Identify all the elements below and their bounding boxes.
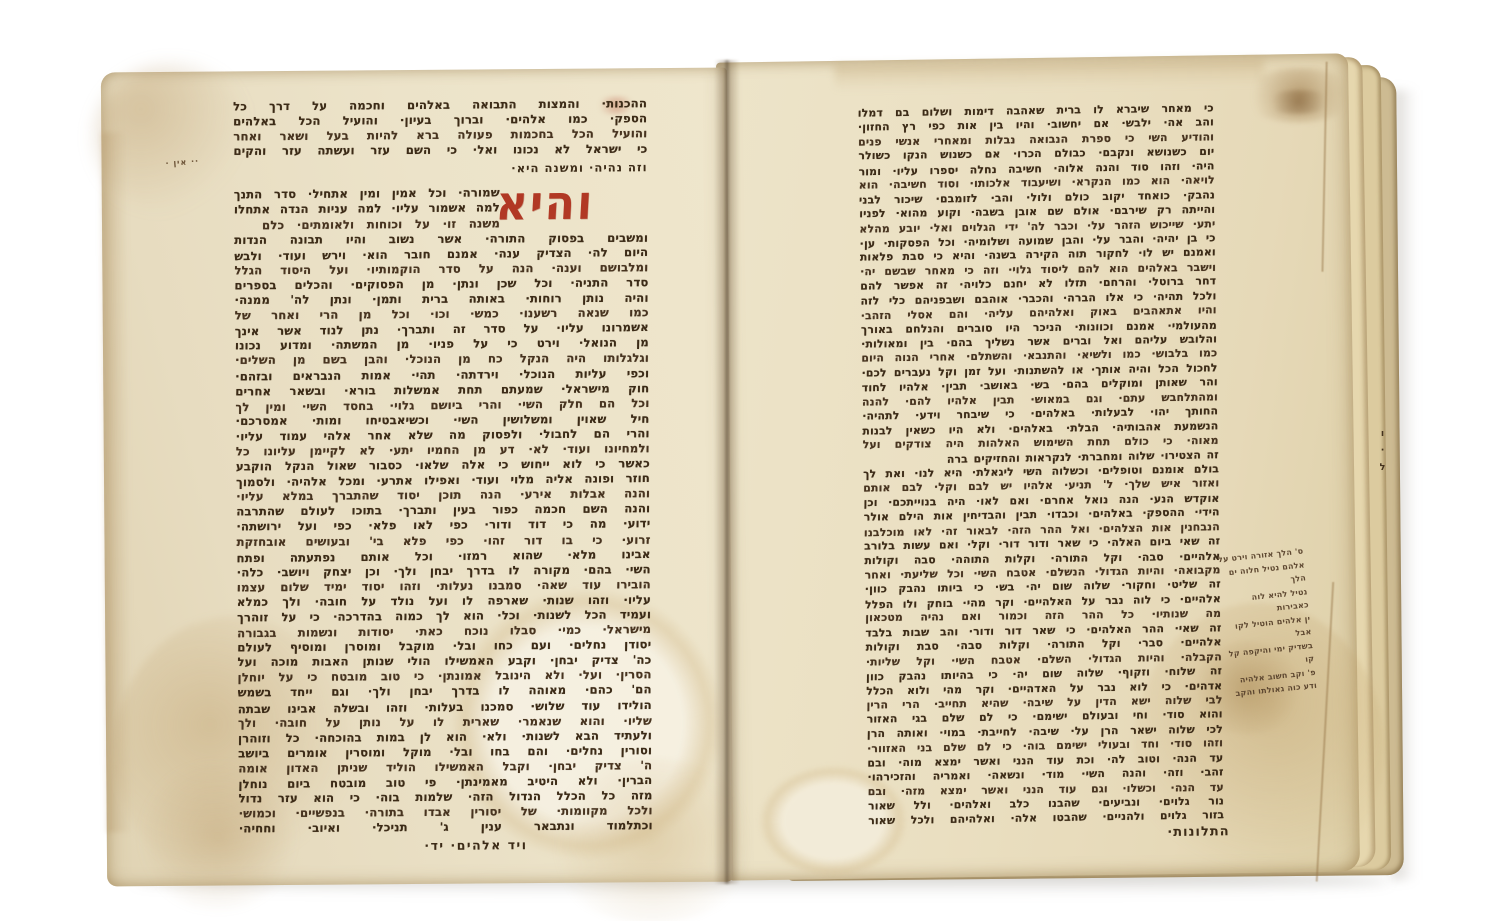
fore-edge-writing: ל·ו: [1377, 428, 1388, 479]
left-page: · אין ·· ההכנות· והמצות התבואה באלהים וח…: [101, 68, 733, 887]
stain-top-corner-dark: [1261, 90, 1335, 115]
left-page-text-column: ההכנות· והמצות התבואה באלהים וחכמה על דר…: [233, 96, 653, 858]
left-intro-paragraph: ההכנות· והמצות התבואה באלהים וחכמה על דר…: [233, 96, 647, 160]
stain-left-edge: [101, 132, 132, 832]
left-margin-note: · אין ··: [165, 157, 199, 169]
left-body-lines: שמורה· וכל אמין ומין אתחיל· סדר התנךלמה …: [234, 185, 653, 837]
right-margin-note: ס' הלך אזורה וירט עלאלהם נטיל חלוה ים הל…: [1215, 545, 1318, 702]
stain-top-left-corner: [93, 63, 254, 214]
text-line: כי ישראל לא נכונו ואל· כי השם עזר ועשתה …: [233, 142, 647, 159]
stain-top-corner: [1240, 67, 1359, 123]
left-body-paragraph: והיא שמורה· וכל אמין ומין אתחיל· סדר התנ…: [234, 185, 653, 837]
manuscript-photo: כי מאחר שיברא לו ברית שאהבה דימות ושלום …: [0, 0, 1500, 921]
left-colophon-line: ויד אלהים· יד·: [239, 835, 653, 858]
gutter-shadow: [714, 60, 740, 884]
right-page-text-column: כי מאחר שיברא לו ברית שאהבה דימות ושלום …: [858, 101, 1225, 828]
page-crease-top: [1321, 62, 1327, 272]
stain-top-band: [834, 59, 1264, 91]
right-page: כי מאחר שיברא לו ברית שאהבה דימות ושלום …: [716, 53, 1360, 880]
